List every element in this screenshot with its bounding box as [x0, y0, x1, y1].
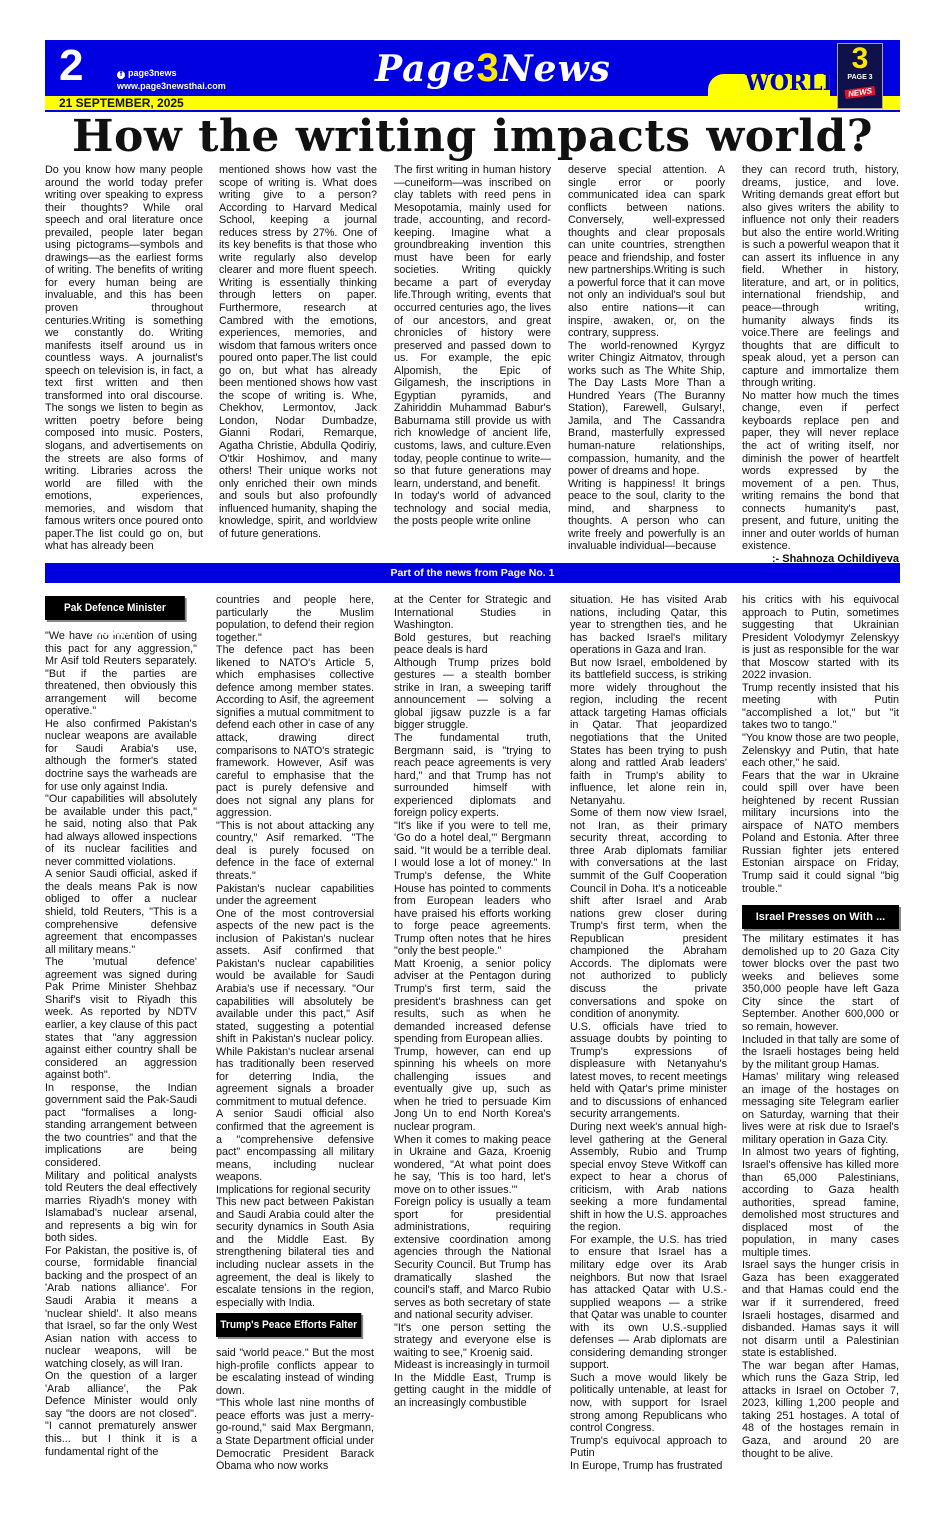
- paragraph: The war began after Hamas, which runs th…: [742, 1360, 899, 1460]
- paragraph: But now Israel, emboldened by its battle…: [570, 657, 727, 808]
- paragraph: The world-renowned Kyrgyz writer Chingiz…: [568, 340, 725, 478]
- pak-column-1: Pak Defence Minister Khawaja ... "We hav…: [45, 592, 197, 1458]
- paragraph: Trump, however, can end up spinning his …: [394, 1046, 551, 1134]
- paragraph: In the Middle East, Trump is getting cau…: [394, 1372, 551, 1410]
- trump-column-2: situation. He has visited Arab nations, …: [570, 594, 727, 1472]
- paragraph: Hamas' military wing released an image o…: [742, 1071, 899, 1146]
- feature-headline: How the writing impacts world?: [45, 112, 900, 162]
- page-number: 2: [59, 44, 83, 88]
- paragraph: In response, the Indian government said …: [45, 1082, 197, 1170]
- paragraph: at the Center for Strategic and Internat…: [394, 594, 551, 632]
- paragraph: The 'mutual defence' agreement was signe…: [45, 956, 197, 1081]
- paragraph: The defence pact has been likened to NAT…: [216, 644, 374, 820]
- social-handle[interactable]: page3news: [128, 68, 177, 78]
- badge-label: PAGE 3: [838, 74, 882, 82]
- badge-number: 3: [838, 44, 882, 74]
- paragraph: On the question of a larger 'Arab allian…: [45, 1370, 197, 1458]
- paragraph: For Pakistan, the positive is, of course…: [45, 1245, 197, 1370]
- kicker-israel-presses[interactable]: Israel Presses on With ...: [742, 905, 899, 929]
- paragraph: deserve special attention. A single erro…: [568, 164, 725, 340]
- paragraph: his critics with his equivocal approach …: [742, 594, 899, 682]
- paragraph: "This whole last nine months of peace ef…: [216, 1397, 374, 1472]
- paragraph: mentioned shows how vast the scope of wr…: [219, 164, 377, 540]
- logo-text-left: Page: [375, 48, 477, 90]
- logo-three: 3: [477, 46, 500, 90]
- paragraph: Fears that the war in Ukraine could spil…: [742, 770, 899, 895]
- website-link[interactable]: www.page3newsthai.com: [117, 80, 226, 93]
- paragraph: Writing is happiness! It brings peace to…: [568, 478, 725, 553]
- paragraph: A senior Saudi official also confirmed t…: [216, 1108, 374, 1183]
- paragraph: "It's one person setting the strategy an…: [394, 1322, 551, 1360]
- paragraph: Some of them now view Israel, not Iran, …: [570, 807, 727, 1020]
- paragraph: In Europe, Trump has frustrated: [570, 1460, 727, 1473]
- badge-sub: NEWS: [845, 86, 876, 99]
- facebook-icon: f: [117, 71, 125, 79]
- paragraph: The first writing in human history—cunei…: [394, 164, 551, 490]
- subhead: Mideast is increasingly in turmoil: [394, 1359, 551, 1372]
- paragraph: When it comes to making peace in Ukraine…: [394, 1134, 551, 1197]
- paragraph: For example, the U.S. has tried to ensur…: [570, 1234, 727, 1372]
- kicker-pak-defence[interactable]: Pak Defence Minister Khawaja ...: [45, 596, 185, 620]
- page3-badge-logo: 3 PAGE 3 NEWS: [837, 43, 883, 109]
- paragraph: In today's world of advanced technology …: [394, 490, 551, 528]
- paragraph: "It's like if you were to tell me, 'Go d…: [394, 820, 551, 958]
- paragraph: A senior Saudi official, asked if the de…: [45, 868, 197, 956]
- paragraph: Such a move would likely be politically …: [570, 1372, 727, 1435]
- paragraph: One of the most controversial aspects of…: [216, 908, 374, 1109]
- paragraph: Foreign policy is usually a team sport f…: [394, 1196, 551, 1321]
- paragraph: Israel says the hunger crisis in Gaza ha…: [742, 1259, 899, 1359]
- paragraph: Included in that tally are some of the I…: [742, 1034, 899, 1072]
- feature-column-1: Do you know how many people around the w…: [45, 164, 203, 553]
- paragraph: they can record truth, history, dreams, …: [742, 164, 899, 390]
- feature-column-4: deserve special attention. A single erro…: [568, 164, 725, 553]
- trump-column-1: at the Center for Strategic and Internat…: [394, 594, 551, 1410]
- section-label: WORLD: [745, 72, 842, 94]
- subhead: Trump's equivocal approach to Putin: [570, 1435, 727, 1460]
- newspaper-logo: Page3News: [375, 48, 611, 88]
- paragraph: In almost two years of fighting, Israel'…: [742, 1146, 899, 1259]
- paragraph: situation. He has visited Arab nations, …: [570, 594, 727, 657]
- paragraph: "You know those are two people, Zelensky…: [742, 732, 899, 770]
- masthead-social: fpage3news www.page3newsthai.com: [117, 67, 226, 93]
- paragraph: Although Trump prizes bold gestures — a …: [394, 657, 551, 732]
- trump-column-3: his critics with his equivocal approach …: [742, 594, 899, 1460]
- paragraph: U.S. officials have tried to assuage dou…: [570, 1021, 727, 1121]
- paragraph: Matt Kroenig, a senior policy adviser at…: [394, 958, 551, 1046]
- pak-column-2: countries and people here, particularly …: [216, 594, 374, 1473]
- feature-column-5: they can record truth, history, dreams, …: [742, 164, 899, 566]
- paragraph: The fundamental truth, Bergmann said, is…: [394, 732, 551, 820]
- paragraph: "This is not about attacking any country…: [216, 820, 374, 883]
- paragraph: During next week's annual high-level gat…: [570, 1121, 727, 1234]
- paragraph: said "world peace." But the most high-pr…: [216, 1347, 374, 1397]
- paragraph: He also confirmed Pakistan's nuclear wea…: [45, 718, 197, 793]
- paragraph: The military estimates it has demolished…: [742, 933, 899, 1033]
- subhead: Implications for regional security: [216, 1184, 374, 1197]
- paragraph: Trump recently insisted that his meeting…: [742, 682, 899, 732]
- feature-column-3: The first writing in human history—cunei…: [394, 164, 551, 528]
- paragraph: countries and people here, particularly …: [216, 594, 374, 644]
- paragraph: This new pact between Pakistan and Saudi…: [216, 1196, 374, 1309]
- paragraph: No matter how much the times change, eve…: [742, 390, 899, 553]
- feature-column-2: mentioned shows how vast the scope of wr…: [219, 164, 377, 540]
- subhead: Bold gestures, but reaching peace deals …: [394, 632, 551, 657]
- subhead: Pakistan's nuclear capabilities under th…: [216, 883, 374, 908]
- issue-date: 21 SEPTEMBER, 2025: [59, 96, 184, 110]
- continued-banner: Part of the news from Page No. 1: [45, 563, 900, 583]
- kicker-trump-peace[interactable]: Trump's Peace Efforts Falter ...: [216, 1313, 361, 1337]
- paragraph: Do you know how many people around the w…: [45, 164, 203, 553]
- masthead: 2 fpage3news www.page3newsthai.com 21 SE…: [45, 40, 900, 112]
- logo-text-right: News: [500, 48, 611, 90]
- paragraph: Military and political analysts told Reu…: [45, 1170, 197, 1245]
- paragraph: "Our capabilities will absolutely be ava…: [45, 793, 197, 868]
